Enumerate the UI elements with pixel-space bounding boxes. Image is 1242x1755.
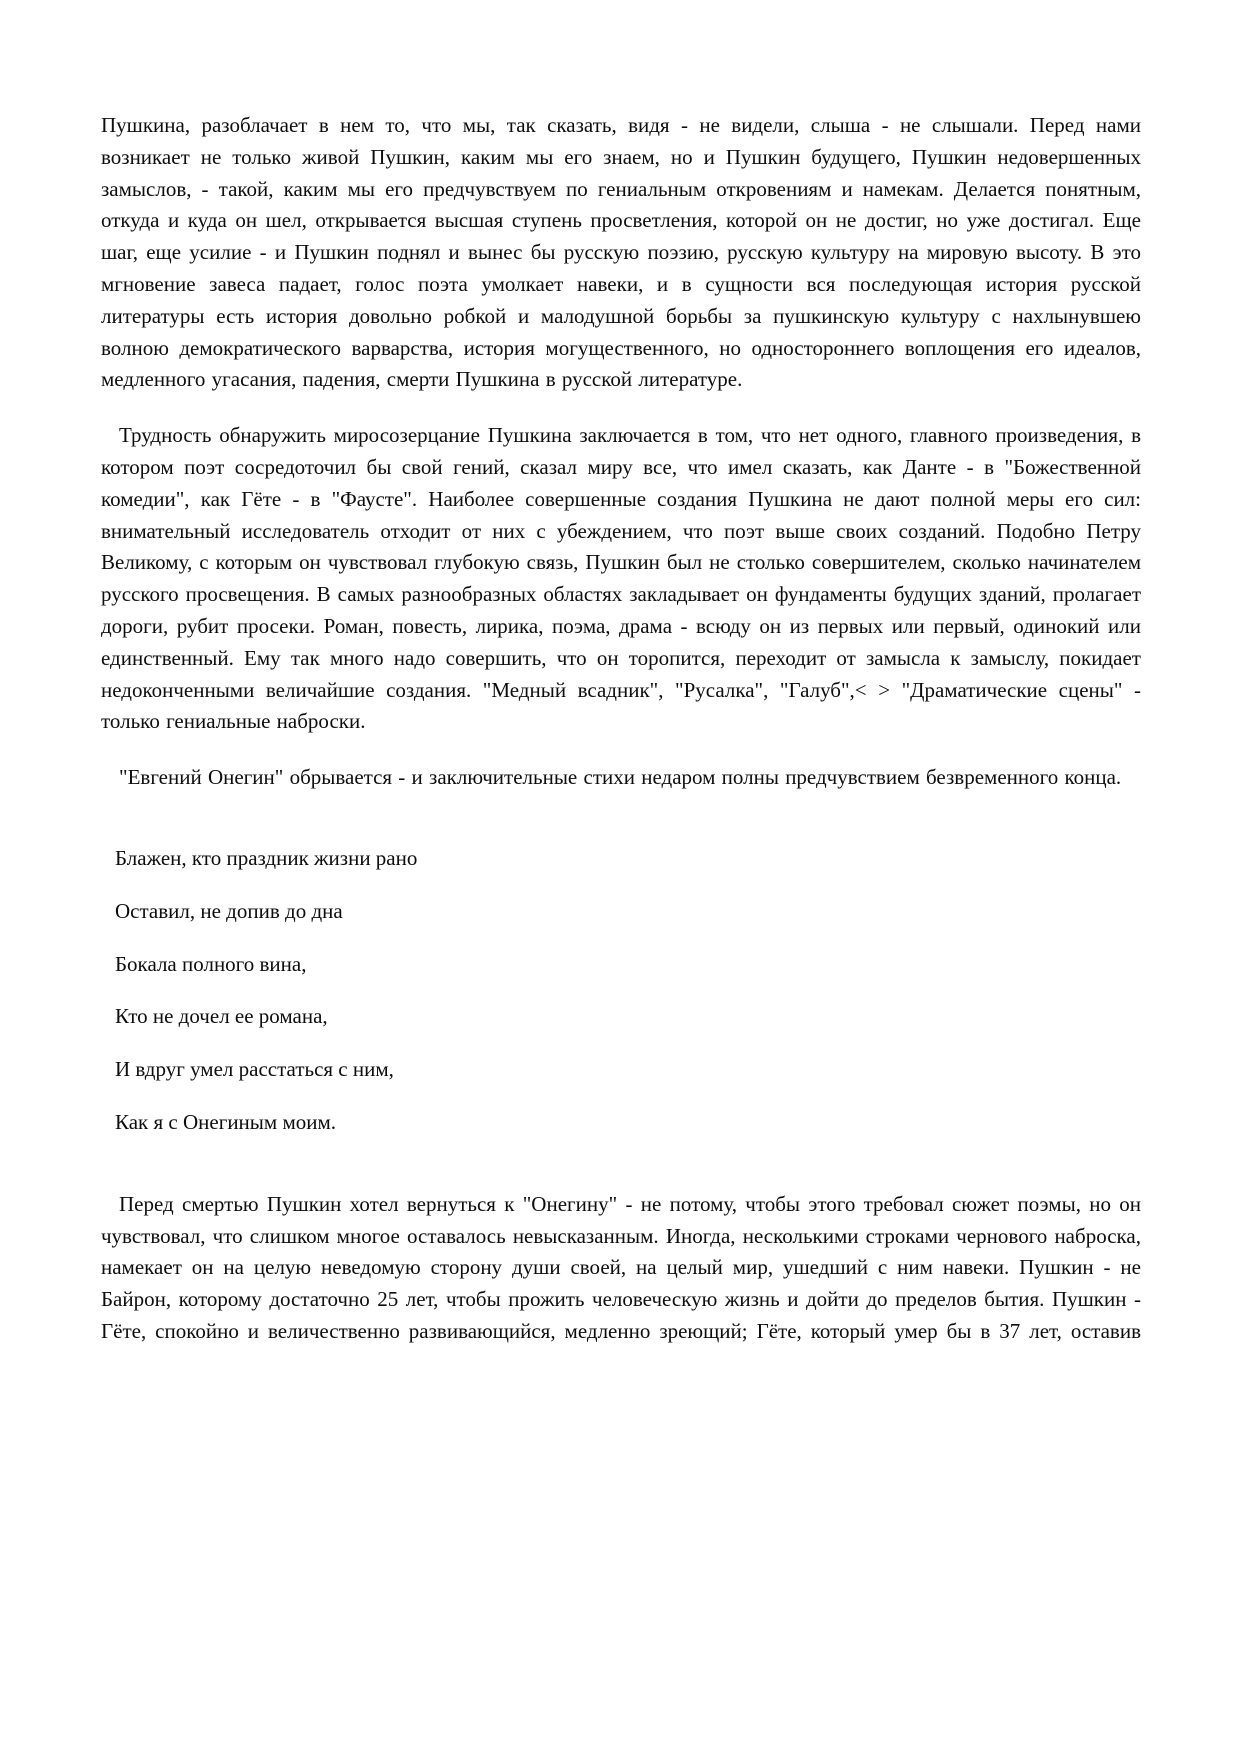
poem-line: Оставил, не допив до дна [115, 896, 1141, 928]
paragraph-difficulty-worldview: Трудность обнаружить миросозерцание Пушк… [101, 420, 1141, 738]
poem-line: Кто не дочел ее романа, [115, 1001, 1141, 1033]
poem-line: Как я с Онегиным моим. [115, 1107, 1141, 1139]
paragraph-pushkin-revelation: Пушкина, разоблачает в нем то, что мы, т… [101, 110, 1141, 396]
poem-line: Блажен, кто праздник жизни рано [115, 843, 1141, 875]
paragraph-before-death: Перед смертью Пушкин хотел вернуться к "… [101, 1189, 1141, 1348]
poem-line: Бокала полного вина, [115, 949, 1141, 981]
poem-line: И вдруг умел расстаться с ним, [115, 1054, 1141, 1086]
poem-quote-block: Блажен, кто праздник жизни рано Оставил,… [115, 843, 1141, 1139]
paragraph-onegin-breaks-off: "Евгений Онегин" обрывается - и заключит… [101, 762, 1141, 794]
document-page: Пушкина, разоблачает в нем то, что мы, т… [0, 0, 1242, 1755]
